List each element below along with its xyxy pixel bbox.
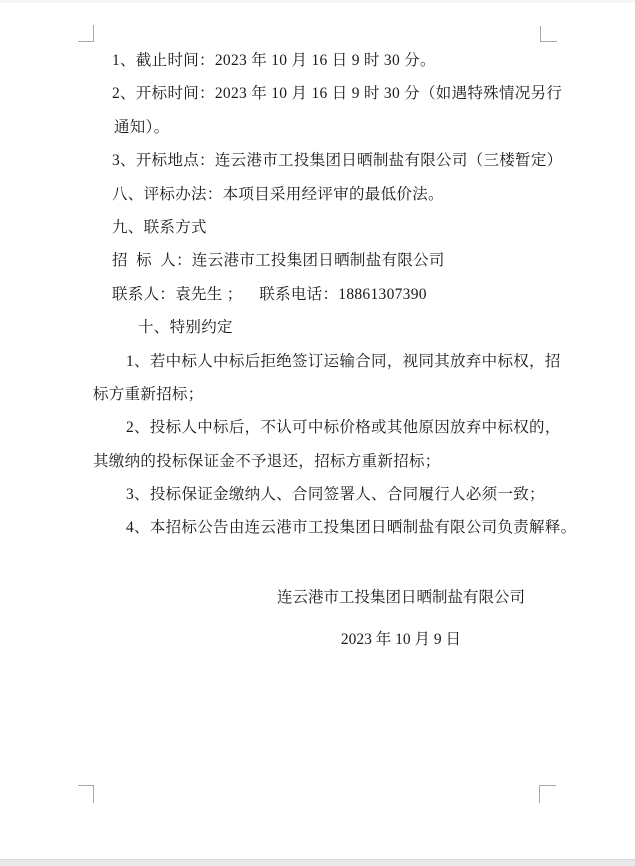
document-line[interactable]: 3、投标保证金缴纳人、合同签署人、合同履行人必须一致； <box>93 478 545 511</box>
margin-mark-bottom-right-icon <box>539 785 556 803</box>
document-page[interactable]: 1、截止时间：2023 年 10 月 16 日 9 时 30 分。2、开标时间：… <box>0 0 635 866</box>
signature-date[interactable]: 2023 年 10 月 9 日 <box>263 623 539 656</box>
page-top-edge <box>0 0 635 3</box>
document-content[interactable]: 1、截止时间：2023 年 10 月 16 日 9 时 30 分。2、开标时间：… <box>93 44 545 657</box>
document-line[interactable]: 1、若中标人中标后拒绝签订运输合同，视同其放弃中标权，招 <box>93 345 545 378</box>
document-line[interactable]: 3、开标地点：连云港市工投集团日晒制盐有限公司（三楼暂定） <box>93 144 545 177</box>
document-line[interactable]: 1、截止时间：2023 年 10 月 16 日 9 时 30 分。 <box>93 44 545 77</box>
document-line[interactable]: 联系人：袁先生 ； 联系电话：18861307390 <box>93 278 545 311</box>
document-line[interactable]: 招 标 人：连云港市工投集团日晒制盐有限公司 <box>93 244 545 277</box>
document-line[interactable]: 标方重新招标； <box>93 378 545 411</box>
signature-block: 连云港市工投集团日晒制盐有限公司 2023 年 10 月 9 日 <box>263 581 539 657</box>
document-lines: 1、截止时间：2023 年 10 月 16 日 9 时 30 分。2、开标时间：… <box>93 44 545 545</box>
page-bottom-edge <box>0 859 635 866</box>
document-line[interactable]: 通知）。 <box>93 111 545 144</box>
margin-mark-top-left-icon <box>78 25 94 42</box>
signature-company[interactable]: 连云港市工投集团日晒制盐有限公司 <box>263 581 539 614</box>
document-line[interactable]: 其缴纳的投标保证金不予退还，招标方重新招标； <box>93 445 545 478</box>
document-line[interactable]: 九、联系方式 <box>93 211 545 244</box>
document-line[interactable]: 2、投标人中标后，不认可中标价格或其他原因放弃中标权的， <box>93 411 545 444</box>
document-line[interactable]: 2、开标时间：2023 年 10 月 16 日 9 时 30 分（如遇特殊情况另… <box>93 77 545 110</box>
document-line[interactable]: 八、评标办法：本项目采用经评审的最低价法。 <box>93 178 545 211</box>
margin-mark-top-right-icon <box>540 26 557 42</box>
document-line[interactable]: 十、特别约定 <box>93 311 545 344</box>
margin-mark-bottom-left-icon <box>78 785 94 803</box>
document-line[interactable]: 4、本招标公告由连云港市工投集团日晒制盐有限公司负责解释。 <box>93 511 545 544</box>
